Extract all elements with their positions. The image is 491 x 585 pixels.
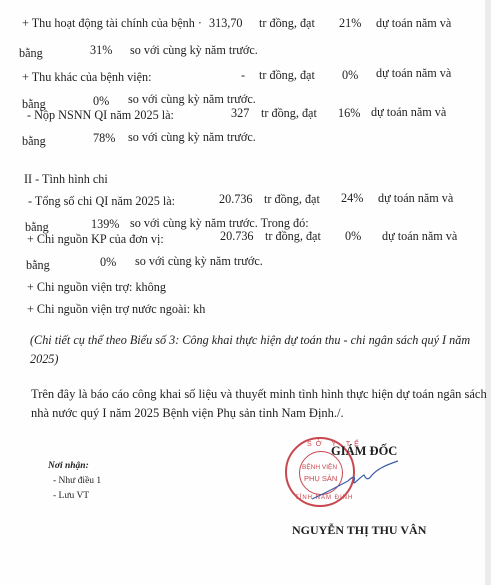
item-label: + Thu khác của bệnh viện:	[22, 70, 152, 84]
document-page: + Thu hoạt động tài chính của bệnh · 313…	[0, 0, 491, 585]
section-heading-expenditure: II - Tình hình chi	[24, 172, 108, 186]
signature-scribble-icon	[310, 455, 400, 505]
item-pct-prev: 31%	[90, 43, 112, 57]
item-unit: tr đồng, đạt	[264, 192, 320, 206]
expenditure-foreign-aid: + Chi nguồn viện trợ nước ngoài: kh	[27, 302, 205, 316]
conclusion-line-2: nhà nước quý I năm 2025 Bệnh viện Phụ sả…	[31, 406, 344, 420]
item-plan-text: dự toán năm và	[376, 16, 451, 30]
item-label: - Tổng số chi QI năm 2025 là:	[28, 194, 175, 208]
item-plan-text: dự toán năm và	[378, 191, 453, 205]
item-label: - Nộp NSNN QI năm 2025 là:	[27, 108, 174, 122]
item-pct-prev: 0%	[93, 94, 109, 108]
item-label: + Chi nguồn KP của đơn vị:	[27, 232, 164, 246]
item-amount: -	[241, 68, 245, 82]
item-pct-prev: 139%	[91, 217, 119, 231]
item-unit: tr đồng, đạt	[259, 16, 315, 30]
recipient-item: - Lưu VT	[53, 489, 89, 503]
item-unit: tr đồng, đạt	[259, 68, 315, 82]
page-edge	[485, 0, 491, 585]
signatory-name: NGUYỄN THỊ THU VÂN	[292, 523, 426, 537]
recipients-title: Nơi nhận:	[48, 459, 89, 473]
item-pct-plan: 0%	[342, 68, 358, 82]
item-pct-plan: 21%	[339, 16, 361, 30]
item-pct-plan: 24%	[341, 191, 363, 205]
note-line-1: (Chi tiết cụ thể theo Biểu số 3: Công kh…	[30, 333, 470, 347]
recipient-item: - Như điều 1	[53, 474, 101, 488]
item-pct-prev: 78%	[93, 131, 115, 145]
item-amount: 327	[231, 106, 249, 120]
item-prev-text: so với cùng kỳ năm trước.	[128, 92, 256, 106]
item-unit: tr đồng, đạt	[265, 229, 321, 243]
item-prev-text: so với cùng kỳ năm trước.	[135, 254, 263, 268]
conclusion-line-1: Trên đây là báo cáo công khai số liệu và…	[31, 387, 487, 401]
item-plan-text: dự toán năm và	[371, 105, 446, 119]
expenditure-aid: + Chi nguồn viện trợ: không	[27, 280, 166, 294]
item-equal: bằng	[19, 46, 43, 60]
item-label: + Thu hoạt động tài chính của bệnh ·	[22, 16, 202, 30]
item-prev-text: so với cùng kỳ năm trước.	[130, 43, 258, 57]
item-pct-prev: 0%	[100, 255, 116, 269]
item-prev-text: so với cùng kỳ năm trước. Trong đó:	[130, 216, 309, 230]
item-prev-text: so với cùng kỳ năm trước.	[128, 130, 256, 144]
item-amount: 20.736	[220, 229, 254, 243]
item-pct-plan: 16%	[338, 106, 360, 120]
item-pct-plan: 0%	[345, 229, 361, 243]
item-plan-text: dự toán năm và	[382, 229, 457, 243]
item-amount: 313,70	[209, 16, 243, 30]
signature-title: GIÁM ĐỐC	[331, 444, 397, 458]
item-amount: 20.736	[219, 192, 253, 206]
item-plan-text: dự toán năm và	[376, 66, 451, 80]
note-line-2: 2025)	[30, 352, 58, 366]
item-equal: bằng	[22, 134, 46, 148]
item-equal: bằng	[26, 258, 50, 272]
item-unit: tr đồng, đạt	[261, 106, 317, 120]
